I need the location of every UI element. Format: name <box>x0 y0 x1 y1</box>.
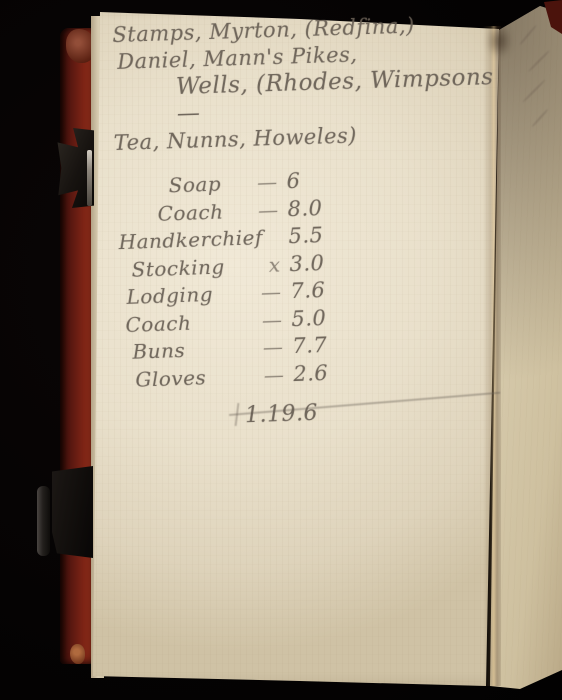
expense-item-label: Stocking <box>131 253 225 284</box>
expense-separator: — <box>258 196 279 224</box>
lower-metal-clasp <box>52 466 93 558</box>
expense-amount: 8.0 <box>287 193 352 223</box>
expense-amount: 6 <box>286 166 351 196</box>
expense-amount: 5.0 <box>291 303 356 333</box>
expense-row-spacer <box>225 271 269 273</box>
expense-amount: 3.0 <box>289 248 354 278</box>
expense-item-label: Buns <box>132 337 186 366</box>
expense-separator: — <box>257 169 278 197</box>
expense-separator: — <box>260 278 281 306</box>
expense-item-label: Coach <box>125 309 192 339</box>
expense-row-spacer <box>206 382 264 384</box>
expense-row-spacer <box>192 327 263 329</box>
expense-amount: 7.7 <box>292 331 357 361</box>
upper-clasp-hinge <box>87 150 92 206</box>
expense-separator: — <box>262 333 283 361</box>
handwritten-header-notes: Stamps, Myrton, (Redfina,) Daniel, Mann'… <box>110 10 500 157</box>
expense-item-label: Soap <box>168 171 221 200</box>
expense-item-label: Coach <box>157 198 224 228</box>
expense-amount: 7.6 <box>290 276 355 306</box>
expense-row-spacer <box>224 217 259 218</box>
expense-separator: — <box>263 361 284 389</box>
expense-item-label: Handkerchief <box>118 224 263 257</box>
expense-row-spacer <box>221 189 257 190</box>
expense-row-spacer <box>185 354 263 357</box>
expense-item-label: Gloves <box>135 364 207 394</box>
expense-row-spacer <box>213 299 261 301</box>
expense-list: Soap — 6 Coach — 8.0 Handkerchief 5.5 St… <box>116 166 358 394</box>
expense-separator: — <box>261 306 282 334</box>
total-amount: 1.19.6 <box>245 401 319 429</box>
expense-item-label: Lodging <box>126 281 213 312</box>
lower-clasp-hinge-barrel <box>37 486 50 556</box>
expense-row-spacer <box>263 243 280 244</box>
cover-bottom-corner <box>70 644 85 664</box>
handwritten-line: Wells, (Rhodes, Wimpsons — <box>176 64 500 128</box>
expense-separator: x <box>268 251 281 279</box>
expense-amount: 2.6 <box>293 358 358 388</box>
expense-amount: 5.5 <box>288 221 353 251</box>
book-photograph: Stamps, Myrton, (Redfina,) Daniel, Mann'… <box>0 0 562 700</box>
